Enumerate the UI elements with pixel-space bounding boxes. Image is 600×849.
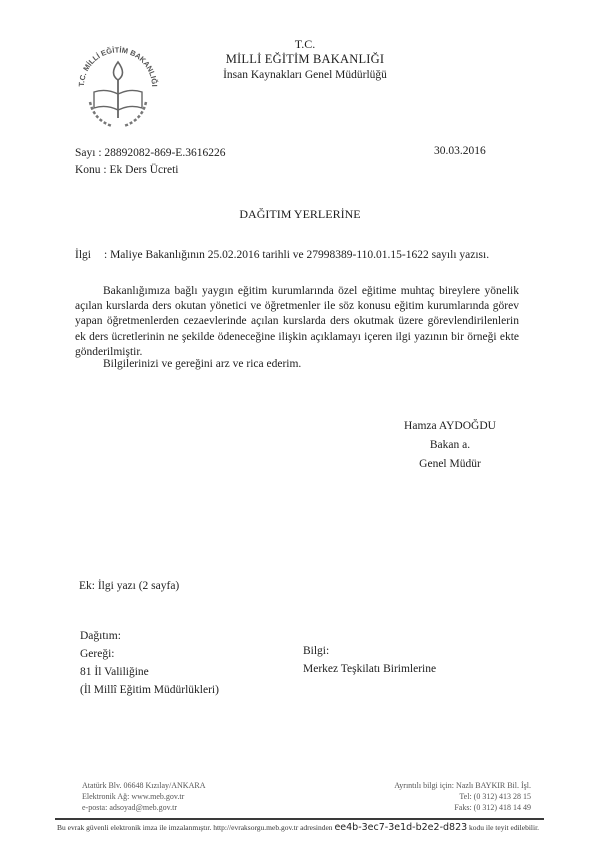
header-tc: T.C. xyxy=(180,37,430,52)
info-recipient-1: Merkez Teşkilatı Birimlerine xyxy=(303,660,436,678)
footer-email: e-posta: adsoyad@meb.gov.tr xyxy=(82,802,205,813)
reference-label: İlgi xyxy=(75,249,104,261)
document-date: 30.03.2016 xyxy=(434,145,486,157)
action-label: Gereği: xyxy=(80,645,219,663)
footer-address-block: Atatürk Blv. 06648 Kızılay/ANKARA Elektr… xyxy=(82,780,205,813)
document-subject: Konu : Ek Ders Ücreti xyxy=(75,164,178,176)
reference-text: : Maliye Bakanlığının 25.02.2016 tarihli… xyxy=(104,249,489,261)
header-ministry: MİLLİ EĞİTİM BAKANLIĞI xyxy=(180,52,430,67)
closing-line: Bilgilerinizi ve gereğini arz ve rica ed… xyxy=(75,358,301,370)
action-recipient-2: (İl Millî Eğitim Müdürlükleri) xyxy=(80,681,219,699)
verification-code: ee4b-3ec7-3e1d-b2e2-d823 xyxy=(334,822,467,833)
signatory-title-1: Bakan a. xyxy=(370,436,530,455)
verification-prefix: Bu evrak güvenli elektronik imza ile imz… xyxy=(57,823,333,832)
signatory-name: Hamza AYDOĞDU xyxy=(370,417,530,436)
info-label: Bilgi: xyxy=(303,642,436,660)
meb-emblem-icon: T.C. MİLLİ EĞİTİM BAKANLIĞI xyxy=(68,40,168,140)
action-recipient-1: 81 İl Valiliğine xyxy=(80,663,219,681)
footer-divider xyxy=(55,818,544,820)
verification-suffix: kodu ile teyit edilebilir. xyxy=(469,823,539,832)
footer-fax: Faks: (0 312) 418 14 49 xyxy=(376,802,531,813)
signatory-title-2: Genel Müdür xyxy=(370,455,530,474)
footer-contact: Ayrıntılı bilgi için: Nazlı BAYKIR Bil. … xyxy=(376,780,531,791)
info-block: Bilgi: Merkez Teşkilatı Birimlerine xyxy=(303,642,436,678)
attachment-note: Ek: İlgi yazı (2 sayfa) xyxy=(79,580,179,592)
footer-contact-block: Ayrıntılı bilgi için: Nazlı BAYKIR Bil. … xyxy=(376,780,531,813)
distribution-block: Dağıtım: Gereği: 81 İl Valiliğine (İl Mi… xyxy=(80,627,219,699)
addressee: DAĞITIM YERLERİNE xyxy=(0,207,600,222)
footer-web: Elektronik Ağ: www.meb.gov.tr xyxy=(82,791,205,802)
footer-tel: Tel: (0 312) 413 28 15 xyxy=(376,791,531,802)
signature-block: Hamza AYDOĞDU Bakan a. Genel Müdür xyxy=(370,417,530,474)
body-text: Bakanlığımıza bağlı yaygın eğitim kuruml… xyxy=(75,284,519,360)
body-paragraph: Bakanlığımıza bağlı yaygın eğitim kuruml… xyxy=(75,284,519,360)
document-number: Sayı : 28892082-869-E.3616226 xyxy=(75,147,225,159)
header-department: İnsan Kaynakları Genel Müdürlüğü xyxy=(180,69,430,81)
verification-line: Bu evrak güvenli elektronik imza ile imz… xyxy=(57,822,539,833)
reference-line: İlgi: Maliye Bakanlığının 25.02.2016 tar… xyxy=(75,249,489,261)
distribution-heading: Dağıtım: xyxy=(80,627,219,645)
footer-address: Atatürk Blv. 06648 Kızılay/ANKARA xyxy=(82,780,205,791)
